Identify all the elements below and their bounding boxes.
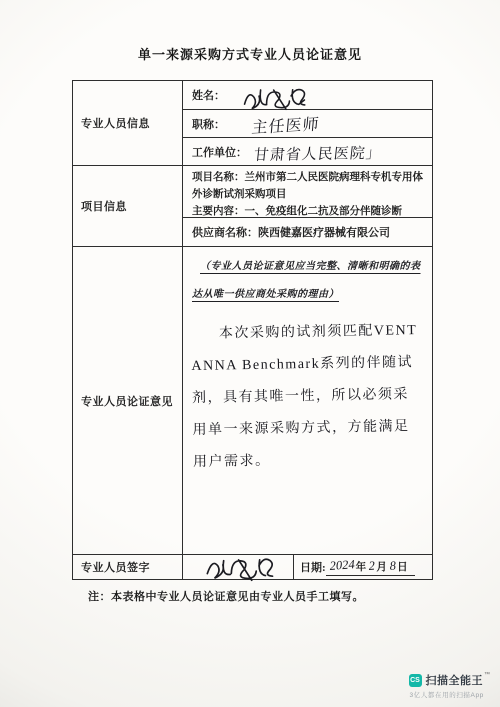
section-label-project: 项目信息	[73, 165, 182, 246]
name-label: 姓名：	[192, 87, 225, 103]
supplier-text: 供应商名称：陕西健嘉医疗器械有限公司	[192, 224, 390, 240]
section-label-opinion: 专业人员论证意见	[73, 246, 182, 554]
project-label-text: 项目信息	[81, 198, 127, 214]
opinion-handwritten-text: 本次采购的试剂须匹配VENTANNA Benchmark系列的伴随试剂，具有其唯…	[191, 315, 425, 479]
document-title: 单一来源采购方式专业人员论证意见	[0, 44, 500, 63]
title-handwritten-value: 主任医师	[251, 111, 321, 138]
footnote-text: 注：本表格中专业人员论证意见由专业人员手工填写。	[88, 588, 364, 604]
date-value-group: 2024 年 2 月 8 日	[326, 559, 415, 576]
date-label: 日期:	[300, 559, 326, 575]
scanned-document-page: 单一来源采购方式专业人员论证意见 专业人员信息 姓名： 职称： 主任医师 工作单…	[0, 0, 500, 707]
date-month-handwritten: 2	[368, 558, 376, 574]
field-title: 职称： 主任医师	[182, 109, 432, 137]
date-day-handwritten: 8	[389, 558, 397, 574]
date-year-handwritten: 2024	[329, 557, 356, 574]
date-year-unit: 年	[356, 559, 367, 574]
signature-row: 日期: 2024 年 2 月 8 日	[182, 554, 432, 579]
signature-label-text: 专业人员签字	[81, 559, 150, 575]
camscanner-tagline: 3亿人都在用的扫描App	[410, 690, 484, 699]
personnel-label-text: 专业人员信息	[81, 115, 150, 131]
signature-area	[183, 555, 293, 579]
trademark-symbol: ™	[484, 672, 490, 678]
opinion-label-text: 专业人员论证意见	[81, 393, 173, 409]
camscanner-badge-icon: CS	[409, 674, 422, 687]
date-month-unit: 月	[376, 559, 387, 574]
verification-form-table: 专业人员信息 姓名： 职称： 主任医师 工作单位： 甘肃省人民医院」 项目信息	[72, 80, 433, 580]
opinion-instruction-text: （专业人员论证意见应当完整、清晰和明确的表达从唯一供应商处采购的理由）	[192, 253, 423, 309]
field-supplier: 供应商名称：陕西健嘉医疗器械有限公司	[182, 217, 432, 246]
camscanner-watermark: CS 扫描全能王 ™ 3亿人都在用的扫描App	[409, 672, 491, 699]
section-label-personnel: 专业人员信息	[73, 81, 182, 165]
title-label: 职称：	[192, 116, 225, 132]
opinion-cell: （专业人员论证意见应当完整、清晰和明确的表达从唯一供应商处采购的理由） 本次采购…	[182, 246, 432, 554]
field-project-name: 项目名称：兰州市第二人民医院病理科专机专用体外诊断试剂采购项目 主要内容：一、免…	[182, 165, 432, 217]
work-unit-label: 工作单位：	[192, 144, 247, 160]
name-signature-icon	[238, 80, 312, 115]
camscanner-logo-row: CS 扫描全能王 ™	[409, 672, 491, 688]
field-name: 姓名：	[182, 81, 432, 109]
field-work-unit: 工作单位： 甘肃省人民医院」	[182, 137, 432, 165]
date-cell: 日期: 2024 年 2 月 8 日	[293, 555, 432, 579]
bottom-signature-icon	[198, 548, 278, 584]
date-day-unit: 日	[397, 559, 408, 574]
project-name-text: 项目名称：兰州市第二人民医院病理科专机专用体外诊断试剂采购项目	[192, 169, 424, 203]
work-unit-handwritten-value: 甘肃省人民医院」	[253, 142, 383, 165]
camscanner-app-name: 扫描全能王	[426, 672, 484, 688]
section-label-signature: 专业人员签字	[73, 554, 182, 579]
